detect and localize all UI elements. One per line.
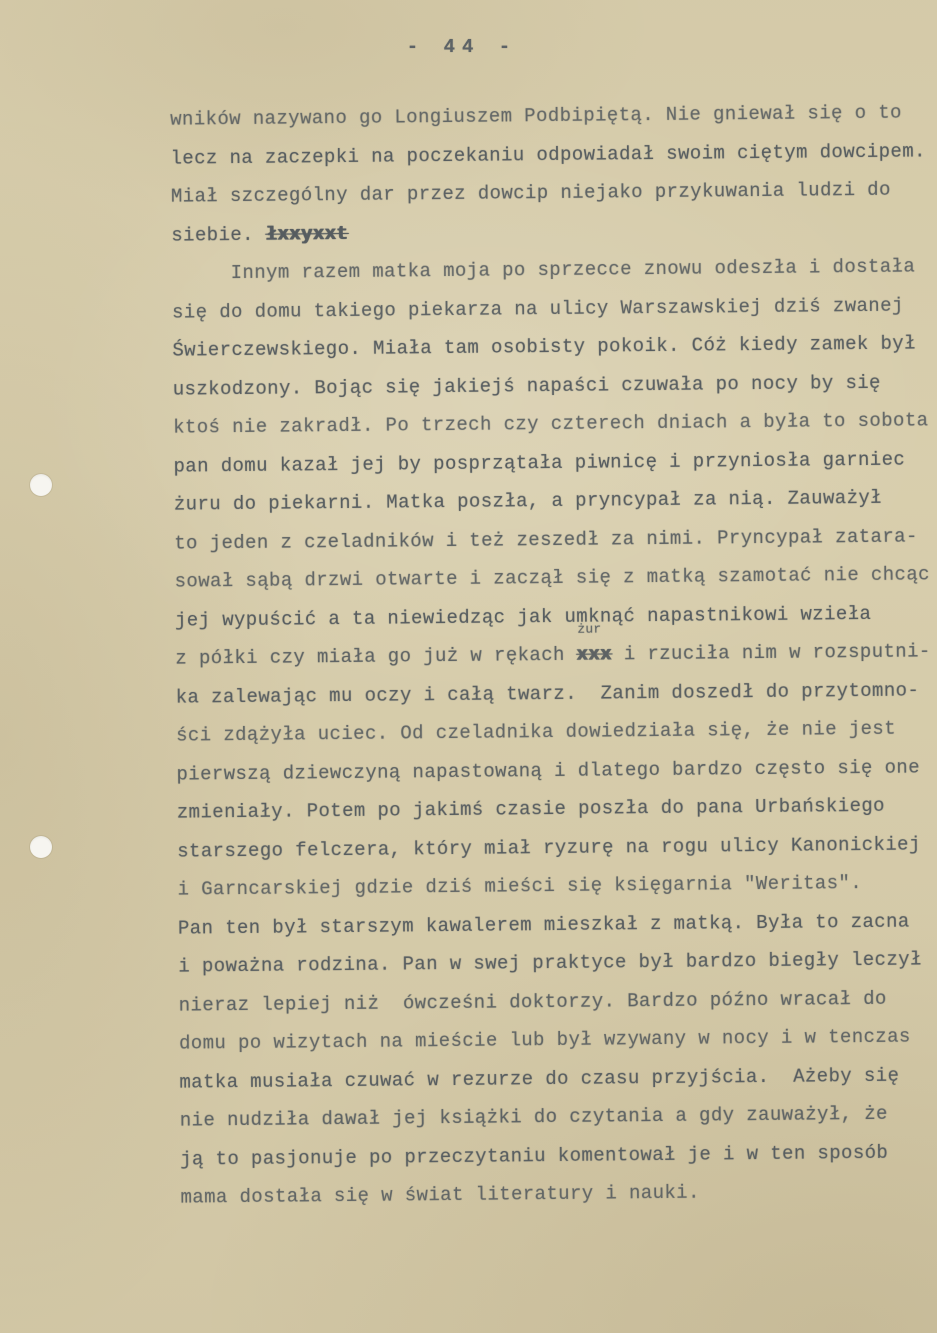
- hole-punch-bottom: [30, 836, 52, 858]
- text-segment: i rzuciła nim w rozsputni-: [612, 640, 931, 665]
- struck-out-word: łxxyxxt: [266, 222, 349, 245]
- scanned-document-page: - 44 - wników nazywano go Longiuszem Pod…: [0, 0, 937, 1333]
- inserted-word-above: żur: [577, 623, 601, 636]
- text-line: domu po wizytach na mieście lub był wzyw…: [179, 1017, 937, 1063]
- text-segment: siebie.: [171, 223, 266, 246]
- text-line: i Garncarskiej gdzie dziś mieści się ksi…: [177, 863, 937, 909]
- text-line: Miał szczególny dar przez dowcip niejako…: [171, 170, 933, 216]
- text-line: wników nazywano go Longiuszem Podbipiętą…: [170, 93, 932, 139]
- text-line-with-correction: z półki czy miała go już w rękach żurxxx…: [175, 632, 937, 678]
- typed-correction: żurxxx: [576, 635, 612, 674]
- hole-punch-top: [30, 474, 52, 496]
- text-line: zmieniały. Potem po jakimś czasie poszła…: [177, 786, 937, 832]
- text-line: pierwszą dziewczyną napastowaną i dlateg…: [176, 748, 937, 794]
- struck-out-word: xxx: [577, 643, 613, 665]
- text-line: sował sąbą drzwi otwarte i zaczął się z …: [174, 555, 936, 601]
- text-line: mama dostała się w świat literatury i na…: [180, 1171, 937, 1217]
- text-segment: z półki czy miała go już w rękach: [175, 644, 576, 670]
- text-line: nie nudziła dawał jej książki do czytani…: [180, 1094, 937, 1140]
- typewritten-text-block: wników nazywano go Longiuszem Podbipiętą…: [170, 93, 937, 1217]
- text-line: Świerczewskiego. Miała tam osobisty poko…: [172, 324, 934, 370]
- page-number: - 44 -: [0, 36, 924, 58]
- text-line: ktoś nie zakradł. Po trzech czy czterech…: [173, 401, 935, 447]
- text-line: się do domu takiego piekarza na ulicy Wa…: [172, 286, 934, 332]
